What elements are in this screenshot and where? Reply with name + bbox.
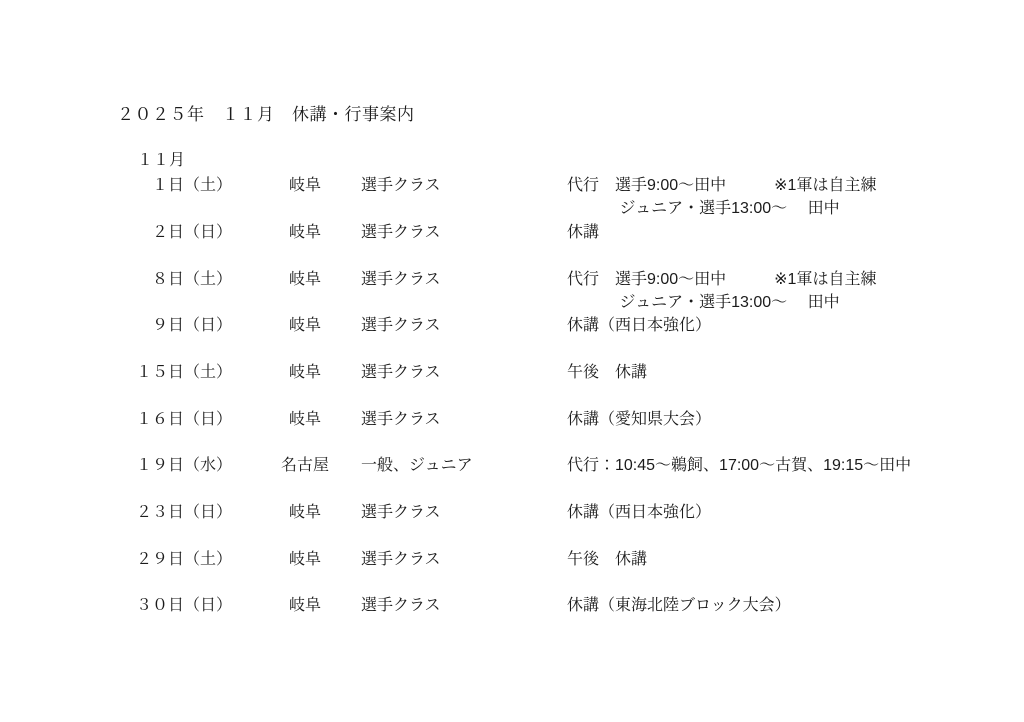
schedule-row: ２日（日） 岐阜 選手クラス 休講 bbox=[0, 221, 1024, 268]
class-cell: 選手クラス bbox=[361, 501, 441, 524]
class-cell: 選手クラス bbox=[361, 408, 441, 431]
class-cell: 選手クラス bbox=[361, 594, 441, 617]
date-cell: １５日（土） bbox=[136, 361, 232, 384]
date-cell: ２３日（日） bbox=[136, 501, 232, 524]
note-cell: 午後 休講 bbox=[567, 548, 1007, 571]
note-cell: 代行：10:45〜鵜飼、17:00〜古賀、19:15〜田中 bbox=[567, 454, 1007, 477]
date-cell: ３０日（日） bbox=[136, 594, 232, 617]
schedule-list: １日（土） 岐阜 選手クラス 代行 選手9:00〜田中 ※1軍は自主練 ジュニア… bbox=[0, 0, 1024, 722]
date-cell: １６日（日） bbox=[136, 408, 232, 431]
schedule-row: １日（土） 岐阜 選手クラス 代行 選手9:00〜田中 ※1軍は自主練 ジュニア… bbox=[0, 174, 1024, 221]
schedule-row: １６日（日） 岐阜 選手クラス 休講（愛知県大会） bbox=[0, 408, 1024, 455]
class-cell: 選手クラス bbox=[361, 314, 441, 337]
schedule-row: ２３日（日） 岐阜 選手クラス 休講（西日本強化） bbox=[0, 501, 1024, 548]
location-cell: 岐阜 bbox=[257, 548, 353, 571]
location-cell: 岐阜 bbox=[257, 268, 353, 291]
location-cell: 岐阜 bbox=[257, 174, 353, 197]
location-cell: 岐阜 bbox=[257, 501, 353, 524]
class-cell: 選手クラス bbox=[361, 268, 441, 291]
date-cell: ２日（日） bbox=[136, 221, 232, 244]
note-cell: 代行 選手9:00〜田中 ※1軍は自主練 ジュニア・選手13:00〜 田中 bbox=[567, 268, 1007, 315]
class-cell: 選手クラス bbox=[361, 174, 441, 197]
location-cell: 岐阜 bbox=[257, 314, 353, 337]
location-cell: 名古屋 bbox=[257, 454, 353, 477]
note-cell: 休講（西日本強化） bbox=[567, 501, 1007, 524]
location-cell: 岐阜 bbox=[257, 594, 353, 617]
class-cell: 選手クラス bbox=[361, 221, 441, 244]
note-cell: 午後 休講 bbox=[567, 361, 1007, 384]
schedule-row: １５日（土） 岐阜 選手クラス 午後 休講 bbox=[0, 361, 1024, 408]
location-cell: 岐阜 bbox=[257, 408, 353, 431]
date-cell: １日（土） bbox=[136, 174, 232, 197]
class-cell: 選手クラス bbox=[361, 548, 441, 571]
date-cell: ２９日（土） bbox=[136, 548, 232, 571]
class-cell: 一般、ジュニア bbox=[361, 454, 473, 477]
schedule-row: ３０日（日） 岐阜 選手クラス 休講（東海北陸ブロック大会） bbox=[0, 594, 1024, 641]
schedule-row: ２９日（土） 岐阜 選手クラス 午後 休講 bbox=[0, 548, 1024, 595]
schedule-row: ８日（土） 岐阜 選手クラス 代行 選手9:00〜田中 ※1軍は自主練 ジュニア… bbox=[0, 268, 1024, 315]
schedule-row: １９日（水） 名古屋 一般、ジュニア 代行：10:45〜鵜飼、17:00〜古賀、… bbox=[0, 454, 1024, 501]
date-cell: ９日（日） bbox=[136, 314, 232, 337]
date-cell: ８日（土） bbox=[136, 268, 232, 291]
note-cell: 休講（愛知県大会） bbox=[567, 408, 1007, 431]
note-cell: 休講 bbox=[567, 221, 1007, 244]
note-cell: 休講（西日本強化） bbox=[567, 314, 1007, 337]
note-cell: 代行 選手9:00〜田中 ※1軍は自主練 ジュニア・選手13:00〜 田中 bbox=[567, 174, 1007, 221]
location-cell: 岐阜 bbox=[257, 361, 353, 384]
class-cell: 選手クラス bbox=[361, 361, 441, 384]
document-page: ２０２５年 １１月 休講・行事案内 １１月 １日（土） 岐阜 選手クラス 代行 … bbox=[0, 0, 1024, 722]
date-cell: １９日（水） bbox=[136, 454, 232, 477]
note-cell: 休講（東海北陸ブロック大会） bbox=[567, 594, 1007, 617]
location-cell: 岐阜 bbox=[257, 221, 353, 244]
schedule-row: ９日（日） 岐阜 選手クラス 休講（西日本強化） bbox=[0, 314, 1024, 361]
